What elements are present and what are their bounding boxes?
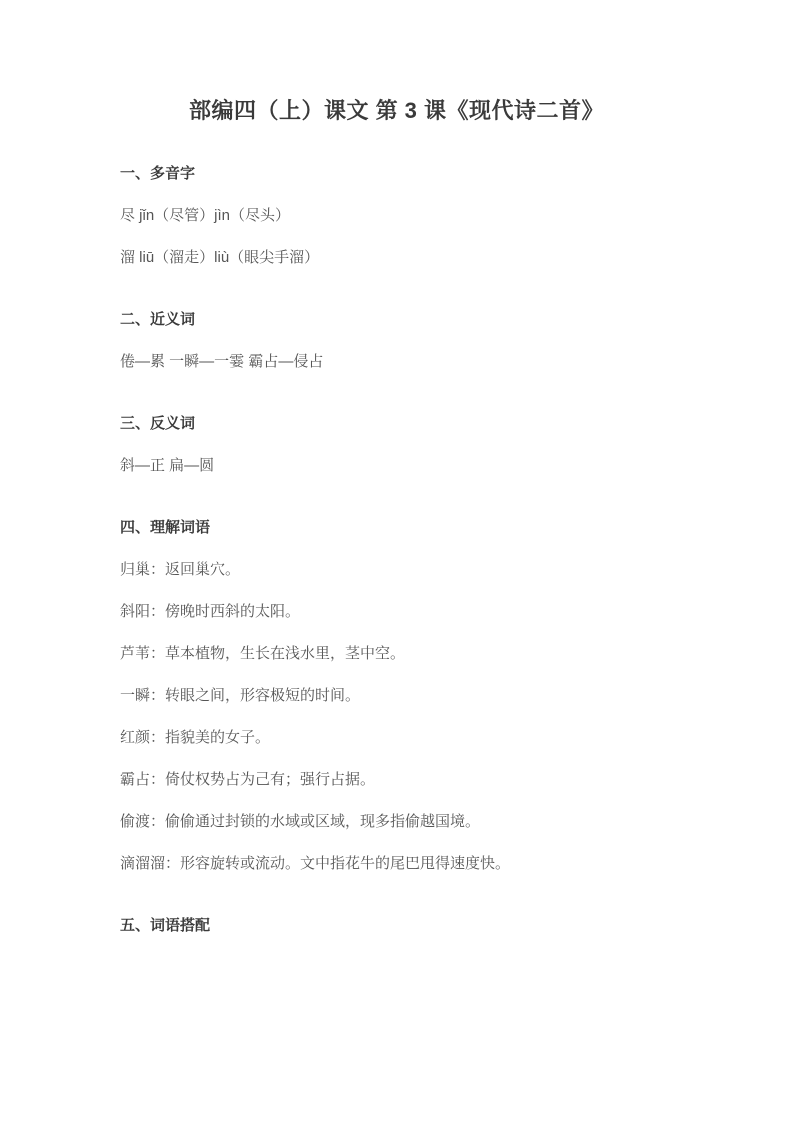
synonyms-line: 倦—累 一瞬—一霎 霸占—侵占 [120, 352, 673, 372]
section-heading-antonyms: 三、反义词 [120, 414, 673, 434]
antonyms-line: 斜—正 扁—圆 [120, 456, 673, 476]
word-meaning-line: 霸占：倚仗权势占为己有；强行占据。 [120, 770, 673, 790]
word-meaning-line: 归巢：返回巢穴。 [120, 560, 673, 580]
section-heading-word-collocations: 五、词语搭配 [120, 916, 673, 936]
word-meaning-line: 斜阳：傍晚时西斜的太阳。 [120, 602, 673, 622]
word-meaning-line: 红颜：指貌美的女子。 [120, 728, 673, 748]
section-heading-synonyms: 二、近义词 [120, 310, 673, 330]
polyphonic-line: 尽 jǐn（尽管）jìn（尽头） [120, 206, 673, 226]
section-word-meanings: 四、理解词语 归巢：返回巢穴。 斜阳：傍晚时西斜的太阳。 芦苇：草本植物，生长在… [120, 518, 673, 874]
section-word-collocations: 五、词语搭配 [120, 916, 673, 936]
section-heading-word-meanings: 四、理解词语 [120, 518, 673, 538]
word-meaning-line: 偷渡：偷偷通过封锁的水域或区域，现多指偷越国境。 [120, 812, 673, 832]
section-synonyms: 二、近义词 倦—累 一瞬—一霎 霸占—侵占 [120, 310, 673, 372]
document-title: 部编四（上）课文 第 3 课《现代诗二首》 [120, 96, 673, 126]
section-heading-polyphonic-characters: 一、多音字 [120, 164, 673, 184]
word-meaning-line: 芦苇：草本植物，生长在浅水里，茎中空。 [120, 644, 673, 664]
word-meaning-line: 一瞬：转眼之间，形容极短的时间。 [120, 686, 673, 706]
polyphonic-line: 溜 liū（溜走）liù（眼尖手溜） [120, 248, 673, 268]
document-page: 部编四（上）课文 第 3 课《现代诗二首》 一、多音字 尽 jǐn（尽管）jìn… [0, 0, 793, 1122]
word-meaning-line: 滴溜溜：形容旋转或流动。文中指花牛的尾巴甩得速度快。 [120, 854, 673, 874]
section-antonyms: 三、反义词 斜—正 扁—圆 [120, 414, 673, 476]
section-polyphonic-characters: 一、多音字 尽 jǐn（尽管）jìn（尽头） 溜 liū（溜走）liù（眼尖手溜… [120, 164, 673, 268]
